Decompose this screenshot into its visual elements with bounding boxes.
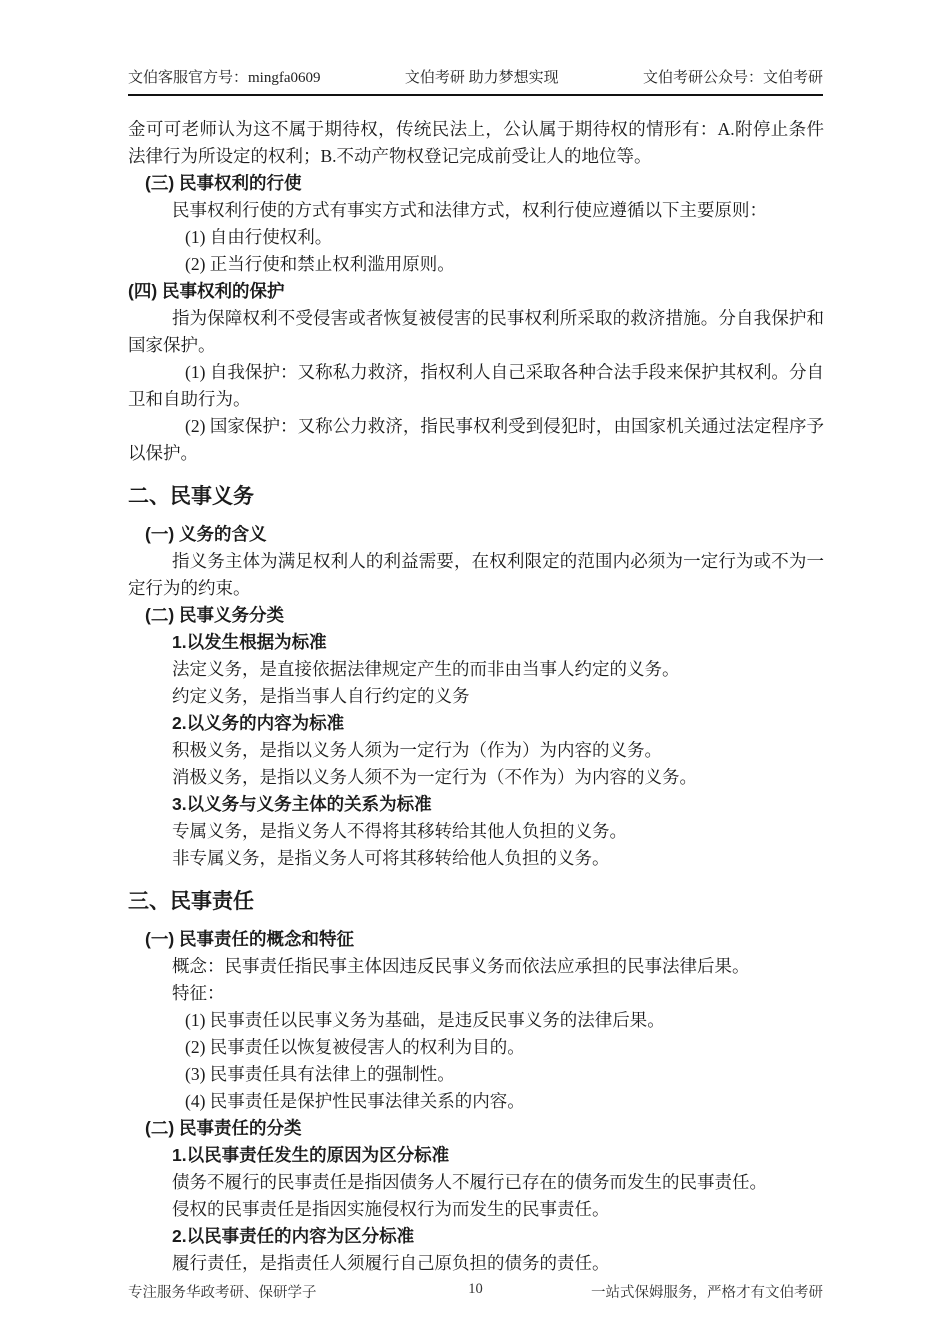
paragraph: 指为保障权利不受侵害或者恢复被侵害的民事权利所采取的救济措施。分自我保护和国家保…	[128, 305, 824, 359]
heading: 三、民事责任	[128, 887, 824, 917]
paragraph: 概念：民事责任指民事主体因违反民事义务而依法应承担的民事法律后果。	[128, 953, 824, 980]
document-body: 金可可老师认为这不属于期待权，传统民法上，公认属于期待权的情形有：A.附停止条件…	[128, 116, 824, 1277]
paragraph: 非专属义务，是指义务人可将其移转给他人负担的义务。	[128, 845, 824, 872]
heading: (一) 民事责任的概念和特征	[128, 926, 824, 953]
footer-right-text: 一站式保姆服务，严格才有文伯考研	[591, 1281, 823, 1302]
paragraph: 消极义务，是指以义务人须不为一定行为（不作为）为内容的义务。	[128, 764, 824, 791]
paragraph: 指义务主体为满足权利人的利益需要，在权利限定的范围内必须为一定行为或不为一定行为…	[128, 548, 824, 602]
footer-left-text: 专注服务华政考研、保研学子	[128, 1281, 317, 1302]
heading: 2.以义务的内容为标准	[128, 710, 824, 737]
heading: (三) 民事权利的行使	[128, 170, 824, 197]
header-right-text: 文伯考研公众号：文伯考研	[643, 66, 823, 87]
paragraph: (1) 民事责任以民事义务为基础，是违反民事义务的法律后果。	[128, 1007, 824, 1034]
paragraph: (2) 正当行使和禁止权利滥用原则。	[128, 251, 824, 278]
heading: 2.以民事责任的内容为区分标准	[128, 1223, 824, 1250]
header-center-text: 文伯考研 助力梦想实现	[405, 66, 559, 87]
paragraph: (1) 自由行使权利。	[128, 224, 824, 251]
paragraph: (2) 民事责任以恢复被侵害人的权利为目的。	[128, 1034, 824, 1061]
paragraph: (2) 国家保护：又称公力救济，指民事权利受到侵犯时，由国家机关通过法定程序予以…	[128, 413, 824, 467]
page-header: 文伯客服官方号：mingfa0609 文伯考研 助力梦想实现 文伯考研公众号：文…	[128, 66, 823, 96]
header-left-text: 文伯客服官方号：mingfa0609	[128, 66, 321, 87]
paragraph: 民事权利行使的方式有事实方式和法律方式，权利行使应遵循以下主要原则：	[128, 197, 824, 224]
paragraph: 侵权的民事责任是指因实施侵权行为而发生的民事责任。	[128, 1196, 824, 1223]
heading: 二、民事义务	[128, 482, 824, 512]
heading: (一) 义务的含义	[128, 521, 824, 548]
paragraph: 约定义务，是指当事人自行约定的义务	[128, 683, 824, 710]
paragraph: 债务不履行的民事责任是指因债务人不履行已存在的债务而发生的民事责任。	[128, 1169, 824, 1196]
paragraph: 积极义务，是指以义务人须为一定行为（作为）为内容的义务。	[128, 737, 824, 764]
paragraph: (3) 民事责任具有法律上的强制性。	[128, 1061, 824, 1088]
paragraph: 法定义务，是直接依据法律规定产生的而非由当事人约定的义务。	[128, 656, 824, 683]
heading: (二) 民事责任的分类	[128, 1115, 824, 1142]
heading: 3.以义务与义务主体的关系为标准	[128, 791, 824, 818]
paragraph: 履行责任，是指责任人须履行自己原负担的债务的责任。	[128, 1250, 824, 1277]
heading: (二) 民事义务分类	[128, 602, 824, 629]
heading: (四) 民事权利的保护	[128, 278, 824, 305]
paragraph: 金可可老师认为这不属于期待权，传统民法上，公认属于期待权的情形有：A.附停止条件…	[128, 116, 824, 170]
page-footer: 专注服务华政考研、保研学子 10 一站式保姆服务，严格才有文伯考研	[128, 1281, 823, 1302]
paragraph: (4) 民事责任是保护性民事法律关系的内容。	[128, 1088, 824, 1115]
paragraph: (1) 自我保护：又称私力救济，指权利人自己采取各种合法手段来保护其权利。分自卫…	[128, 359, 824, 413]
heading: 1.以发生根据为标准	[128, 629, 824, 656]
document-page: 文伯客服官方号：mingfa0609 文伯考研 助力梦想实现 文伯考研公众号：文…	[0, 0, 951, 1338]
heading: 1.以民事责任发生的原因为区分标准	[128, 1142, 824, 1169]
page-number: 10	[468, 1281, 483, 1298]
paragraph: 专属义务，是指义务人不得将其移转给其他人负担的义务。	[128, 818, 824, 845]
paragraph: 特征：	[128, 980, 824, 1007]
